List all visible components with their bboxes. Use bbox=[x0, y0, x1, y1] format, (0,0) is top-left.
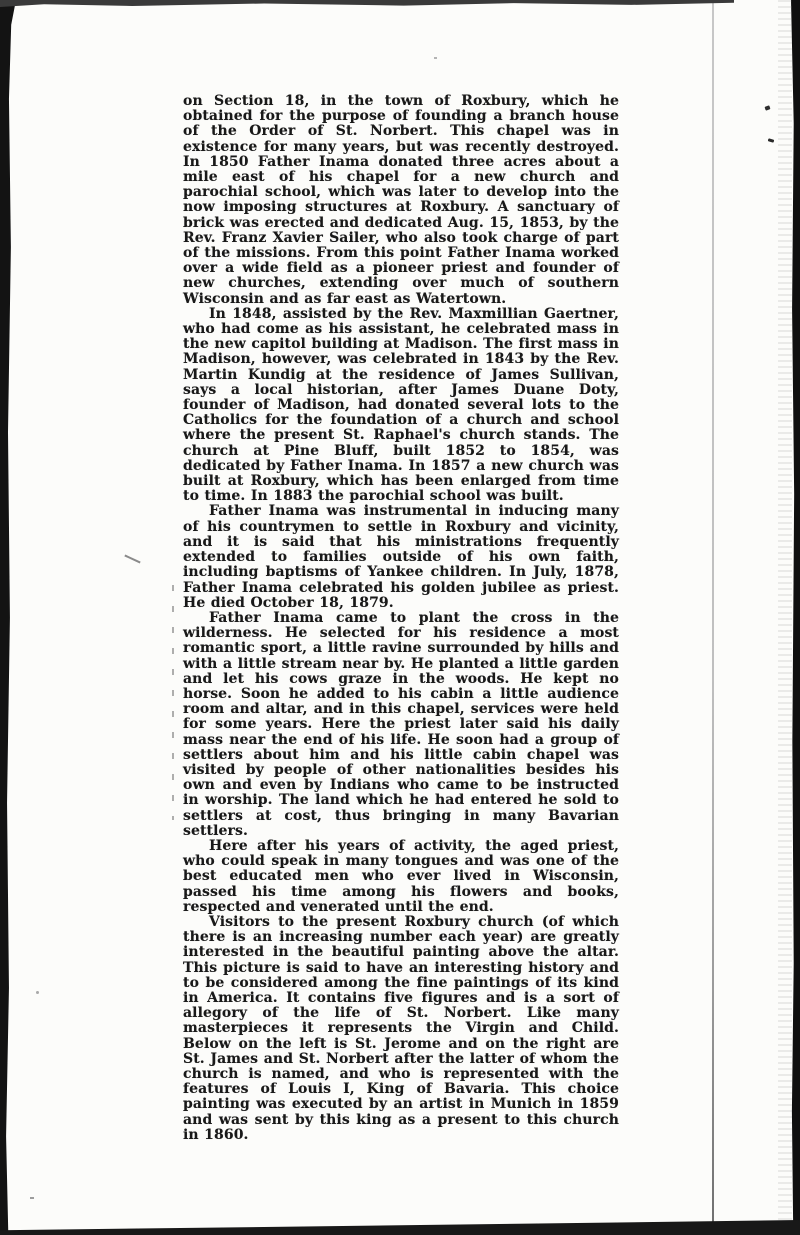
scan-artifact-speck bbox=[434, 57, 437, 59]
scan-artifact-speck bbox=[30, 1197, 34, 1199]
scan-artifact-speck bbox=[768, 138, 775, 142]
scanner-left-edge-shadow bbox=[0, 0, 16, 1235]
scan-noise-right-strip bbox=[778, 0, 792, 1235]
newspaper-column-rule bbox=[712, 0, 714, 1235]
scan-artifact-dash-column bbox=[172, 585, 174, 820]
article-paragraph: on Section 18, in the town of Roxbury, w… bbox=[183, 94, 619, 307]
scanner-right-edge-shadow bbox=[791, 0, 800, 1235]
article-paragraph: Father Inama came to plant the cross in … bbox=[183, 611, 619, 839]
scan-artifact-speck bbox=[764, 105, 770, 110]
scanned-newspaper-page: on Section 18, in the town of Roxbury, w… bbox=[0, 0, 800, 1235]
scan-artifact-speck bbox=[36, 991, 39, 994]
scan-artifact-slash bbox=[124, 555, 140, 564]
scanner-top-edge-shadow bbox=[0, 0, 734, 7]
article-paragraph: In 1848, assisted by the Rev. Maxmillian… bbox=[183, 307, 619, 505]
article-paragraph: Here after his years of activity, the ag… bbox=[183, 839, 619, 915]
article-paragraph: Visitors to the present Roxbury church (… bbox=[183, 915, 619, 1143]
article-paragraph: Father Inama was instrumental in inducin… bbox=[183, 504, 619, 610]
scanner-bottom-edge-shadow bbox=[0, 1218, 800, 1235]
article-text-column: on Section 18, in the town of Roxbury, w… bbox=[183, 94, 619, 1143]
